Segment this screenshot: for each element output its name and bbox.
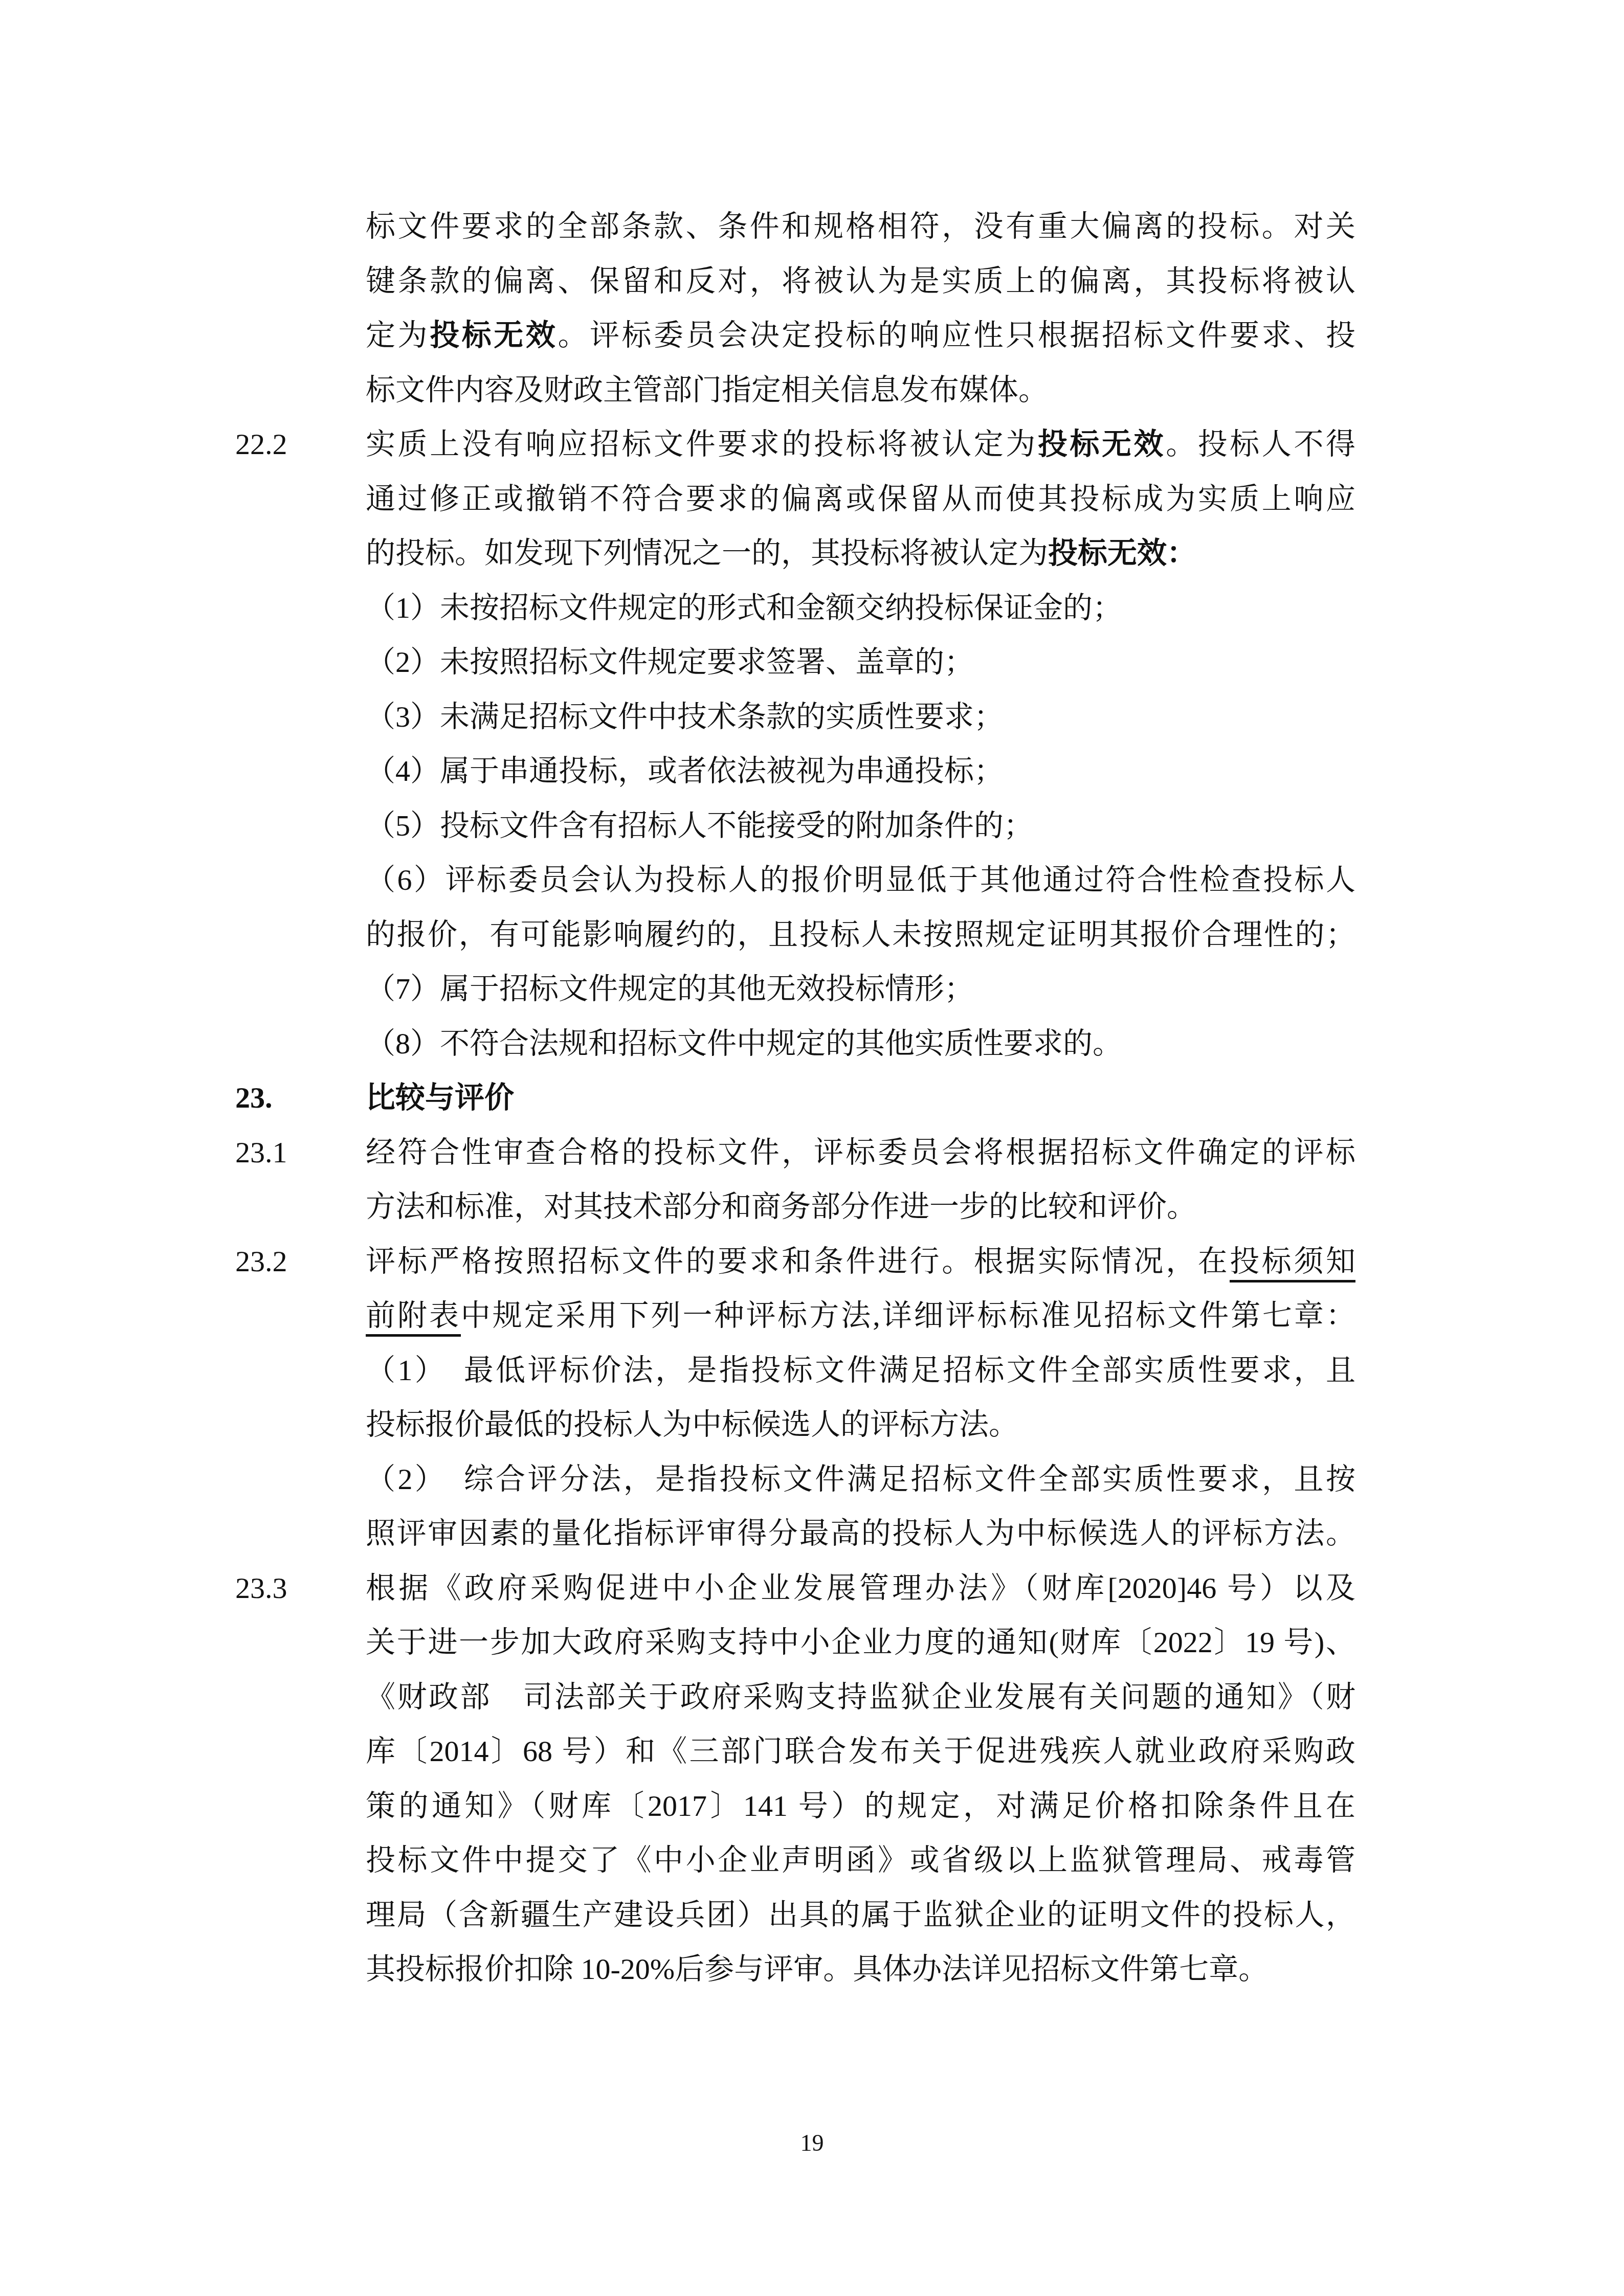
text-segment: 根据《政府采购促进中小企业发展管理办法》（财库[2020]46 号）以及 bbox=[366, 1571, 1355, 1605]
text-line: 方法和标准，对其技术部分和商务部分作进一步的比较和评价。 bbox=[366, 1180, 1355, 1234]
text-line: （2）未按照招标文件规定要求签署、盖章的； bbox=[366, 635, 1355, 690]
text-segment: 其投标报价扣除 10-20%后参与评审。具体办法详见招标文件第七章。 bbox=[366, 1952, 1268, 1986]
clause-number: 23.2 bbox=[235, 1234, 287, 1289]
text-line: （4）属于串通投标，或者依法被视为串通投标； bbox=[366, 744, 1355, 799]
text-segment: 投标报价最低的投标人为中标候选人的评标方法。 bbox=[366, 1408, 1018, 1441]
text-line: （6）评标委员会认为投标人的报价明显低于其他通过符合性检查投标人 bbox=[366, 853, 1355, 908]
text-line: （5）投标文件含有招标人不能接受的附加条件的； bbox=[366, 799, 1355, 853]
text-segment: 照评审因素的量化指标评审得分最高的投标人为中标候选人的评标方法。 bbox=[366, 1517, 1355, 1550]
text-line: （7）属于招标文件规定的其他无效投标情形； bbox=[366, 962, 1355, 1017]
text-segment: 方法和标准，对其技术部分和商务部分作进一步的比较和评价。 bbox=[366, 1190, 1196, 1223]
text-segment: 库〔2014〕68 号）和《三部门联合发布关于促进残疾人就业政府采购政 bbox=[366, 1735, 1355, 1768]
text-line: 23.2评标严格按照招标文件的要求和条件进行。根据实际情况，在投标须知 bbox=[366, 1234, 1355, 1289]
text-line: 投标报价最低的投标人为中标候选人的评标方法。 bbox=[366, 1398, 1355, 1452]
page-number: 19 bbox=[0, 2129, 1624, 2157]
text-segment: （3）未满足招标文件中技术条款的实质性要求； bbox=[366, 700, 1004, 733]
text-segment: 《财政部 司法部关于政府采购支持监狱企业发展有关问题的通知》（财 bbox=[366, 1680, 1355, 1714]
text-line: 23.3根据《政府采购促进中小企业发展管理办法》（财库[2020]46 号）以及 bbox=[366, 1561, 1355, 1616]
text-segment: 的报价，有可能影响履约的，且投标人未按照规定证明其报价合理性的； bbox=[366, 918, 1355, 951]
text-segment: （2） 综合评分法，是指投标文件满足招标文件全部实质性要求，且按 bbox=[366, 1462, 1355, 1496]
text-segment: （2）未按照招标文件规定要求签署、盖章的； bbox=[366, 645, 974, 679]
text-segment: 。评标委员会决定投标的响应性只根据招标文件要求、投 bbox=[558, 319, 1355, 352]
text-segment: 实质上没有响应招标文件要求的投标将被认定为 bbox=[366, 427, 1038, 461]
text-line: （3）未满足招标文件中技术条款的实质性要求； bbox=[366, 690, 1355, 745]
text-segment: （8）不符合法规和招标文件中规定的其他实质性要求的。 bbox=[366, 1027, 1122, 1060]
text-line: 的投标。如发现下列情况之一的，其投标将被认定为投标无效： bbox=[366, 526, 1355, 581]
bold-text: 投标无效： bbox=[1048, 536, 1196, 570]
underlined-text: 前附表 bbox=[366, 1299, 461, 1337]
clause-number: 22.2 bbox=[235, 417, 287, 472]
text-line: 投标文件中提交了《中小企业声明函》或省级以上监狱管理局、戒毒管 bbox=[366, 1833, 1355, 1888]
text-segment: 理局（含新疆生产建设兵团）出具的属于监狱企业的证明文件的投标人， bbox=[366, 1898, 1355, 1931]
text-line: 的报价，有可能影响履约的，且投标人未按照规定证明其报价合理性的； bbox=[366, 908, 1355, 962]
text-line: 标文件要求的全部条款、条件和规格相符，没有重大偏离的投标。对关 bbox=[366, 199, 1355, 254]
text-line: （1） 最低评标价法，是指投标文件满足招标文件全部实质性要求，且 bbox=[366, 1343, 1355, 1398]
text-line: 关于进一步加大政府采购支持中小企业力度的通知(财库〔2022〕19 号)、 bbox=[366, 1615, 1355, 1670]
text-segment: （5）投标文件含有招标人不能接受的附加条件的； bbox=[366, 809, 1033, 842]
text-line: 键条款的偏离、保留和反对，将被认为是实质上的偏离，其投标将被认 bbox=[366, 254, 1355, 309]
text-line: 标文件内容及财政主管部门指定相关信息发布媒体。 bbox=[366, 363, 1355, 418]
clause-number: 23. bbox=[235, 1071, 273, 1126]
text-line: 理局（含新疆生产建设兵团）出具的属于监狱企业的证明文件的投标人， bbox=[366, 1888, 1355, 1943]
text-line: 22.2实质上没有响应招标文件要求的投标将被认定为投标无效。投标人不得 bbox=[366, 417, 1355, 472]
text-segment: 评标严格按照招标文件的要求和条件进行。根据实际情况，在 bbox=[366, 1245, 1230, 1278]
text-segment: 定为 bbox=[366, 319, 430, 352]
text-line: 照评审因素的量化指标评审得分最高的投标人为中标候选人的评标方法。 bbox=[366, 1506, 1355, 1561]
document-lines: 标文件要求的全部条款、条件和规格相符，没有重大偏离的投标。对关键条款的偏离、保留… bbox=[366, 199, 1355, 1997]
text-line: （8）不符合法规和招标文件中规定的其他实质性要求的。 bbox=[366, 1017, 1355, 1071]
text-segment: 的投标。如发现下列情况之一的，其投标将被认定为 bbox=[366, 536, 1048, 570]
text-segment: 中规定采用下列一种评标方法,详细评标标准见招标文件第七章： bbox=[461, 1299, 1355, 1332]
text-segment: （1）未按招标文件规定的形式和金额交纳投标保证金的； bbox=[366, 591, 1122, 624]
text-line: 库〔2014〕68 号）和《三部门联合发布关于促进残疾人就业政府采购政 bbox=[366, 1724, 1355, 1779]
text-line: 其投标报价扣除 10-20%后参与评审。具体办法详见招标文件第七章。 bbox=[366, 1942, 1355, 1997]
bold-text: 投标无效 bbox=[1038, 427, 1166, 461]
text-segment: （7）属于招标文件规定的其他无效投标情形； bbox=[366, 972, 974, 1005]
bold-text: 投标无效 bbox=[430, 319, 558, 352]
text-segment: 策的通知》（财库〔2017〕141 号）的规定，对满足价格扣除条件且在 bbox=[366, 1789, 1355, 1822]
text-segment: 关于进一步加大政府采购支持中小企业力度的通知(财库〔2022〕19 号)、 bbox=[366, 1626, 1355, 1659]
text-segment: （6）评标委员会认为投标人的报价明显低于其他通过符合性检查投标人 bbox=[366, 863, 1355, 896]
text-segment: 经符合性审查合格的投标文件，评标委员会将根据招标文件确定的评标 bbox=[366, 1136, 1355, 1169]
text-segment: 通过修正或撤销不符合要求的偏离或保留从而使其投标成为实质上响应 bbox=[366, 482, 1355, 515]
text-line: 通过修正或撤销不符合要求的偏离或保留从而使其投标成为实质上响应 bbox=[366, 472, 1355, 527]
text-line: （2） 综合评分法，是指投标文件满足招标文件全部实质性要求，且按 bbox=[366, 1452, 1355, 1507]
text-segment: 标文件内容及财政主管部门指定相关信息发布媒体。 bbox=[366, 373, 1048, 407]
text-segment: （1） 最低评标价法，是指投标文件满足招标文件全部实质性要求，且 bbox=[366, 1354, 1355, 1387]
text-segment: 。投标人不得 bbox=[1166, 427, 1355, 461]
document-page: 标文件要求的全部条款、条件和规格相符，没有重大偏离的投标。对关键条款的偏离、保留… bbox=[0, 0, 1624, 2296]
clause-number: 23.3 bbox=[235, 1561, 287, 1616]
text-line: 前附表中规定采用下列一种评标方法,详细评标标准见招标文件第七章： bbox=[366, 1289, 1355, 1343]
text-segment: （4）属于串通投标，或者依法被视为串通投标； bbox=[366, 754, 1004, 787]
text-line: 策的通知》（财库〔2017〕141 号）的规定，对满足价格扣除条件且在 bbox=[366, 1779, 1355, 1834]
text-line: 定为投标无效。评标委员会决定投标的响应性只根据招标文件要求、投 bbox=[366, 308, 1355, 363]
text-line: 23.比较与评价 bbox=[366, 1071, 1355, 1126]
text-segment: 投标文件中提交了《中小企业声明函》或省级以上监狱管理局、戒毒管 bbox=[366, 1843, 1355, 1877]
text-line: （1）未按招标文件规定的形式和金额交纳投标保证金的； bbox=[366, 581, 1355, 636]
text-line: 《财政部 司法部关于政府采购支持监狱企业发展有关问题的通知》（财 bbox=[366, 1670, 1355, 1725]
clause-number: 23.1 bbox=[235, 1126, 287, 1180]
text-segment: 标文件要求的全部条款、条件和规格相符，没有重大偏离的投标。对关 bbox=[366, 210, 1355, 243]
underlined-text: 投标须知 bbox=[1230, 1245, 1355, 1282]
text-segment: 键条款的偏离、保留和反对，将被认为是实质上的偏离，其投标将被认 bbox=[366, 264, 1355, 298]
text-line: 23.1经符合性审查合格的投标文件，评标委员会将根据招标文件确定的评标 bbox=[366, 1126, 1355, 1180]
bold-text: 比较与评价 bbox=[366, 1081, 514, 1114]
